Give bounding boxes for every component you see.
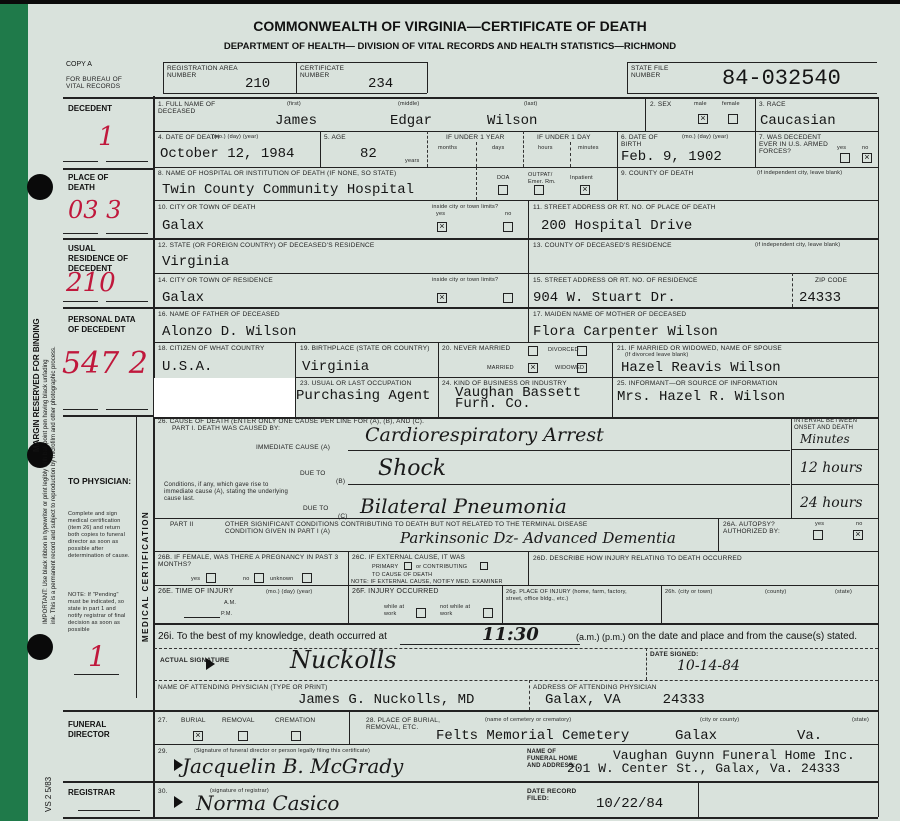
race-label: 3. RACE — [759, 101, 786, 108]
residence-street: 904 W. Stuart Dr. — [533, 290, 676, 306]
doa-label: DOA — [497, 175, 510, 182]
months-label: months — [438, 145, 457, 152]
last-name: Wilson — [487, 113, 537, 129]
section-personal-data: PERSONAL DATA OF DECEDENT — [68, 315, 138, 335]
state-file-label: STATE FILE NUMBER — [631, 65, 681, 79]
age-value: 82 — [360, 146, 377, 162]
residence-county-label: 13. COUNTY OF DECEASED'S RESIDENCE — [533, 242, 672, 249]
interval-label: INTERVAL BETWEEN ONSET AND DEATH — [794, 418, 878, 432]
punch-hole — [27, 174, 53, 200]
cemetery-city-note: (city or county) — [700, 717, 739, 724]
primary-label: PRIMARY — [372, 564, 398, 571]
due-to-b-label: DUE TO — [300, 470, 326, 477]
date-signed: 10-14-84 — [677, 658, 740, 674]
cemetery-state: Va. — [797, 728, 822, 744]
funeral-home-address: 201 W. Center St., Galax, Va. 24333 — [567, 761, 840, 776]
physician-signature[interactable]: Nuckolls — [290, 646, 397, 674]
zip-label: ZIP CODE — [815, 277, 847, 284]
never-married-label: 20. NEVER MARRIED — [442, 345, 510, 352]
describe-injury-label: 26d. DESCRIBE HOW INJURY RELATING TO DEA… — [533, 555, 742, 562]
section-place-of-death: PLACE OF DEATH — [68, 173, 128, 193]
autopsy-yes-checkbox[interactable] — [813, 530, 823, 540]
hours-label: hours — [538, 145, 553, 152]
birthplace-value: Virginia — [302, 359, 369, 375]
days-label: days — [492, 145, 504, 152]
b-label: (B) — [336, 478, 345, 485]
part2-label: PART II — [170, 521, 193, 528]
physician-address-label: ADDRESS OF ATTENDING PHYSICIAN — [533, 684, 657, 691]
outpat-checkbox[interactable] — [534, 185, 544, 195]
date-filed-label: DATE RECORD FILED: — [527, 788, 587, 802]
inside-limits-label: inside city or town limits? — [432, 204, 498, 211]
redacted-social-security — [154, 378, 295, 417]
cemetery-state-note: (state) — [852, 717, 869, 724]
inpatient-label: Inpatient — [570, 175, 593, 182]
date-parts-label: (mo.) (day) (year) — [212, 134, 258, 141]
interval-c: 24 hours — [800, 495, 863, 511]
burial-label: BURIAL — [181, 717, 206, 724]
residence-inside-limits-label: inside city or town limits? — [432, 277, 498, 284]
due-to-c-label: DUE TO — [303, 505, 329, 512]
coding-mark-decedent: 1 — [98, 122, 115, 152]
informant-label: 25. INFORMANT—OR SOURCE OF INFORMATION — [617, 380, 778, 387]
time-of-injury-label: 26e. TIME OF INJURY — [158, 588, 234, 595]
occupation-label: 23. USUAL OR LAST OCCUPATION — [300, 380, 412, 387]
section-decedent: DECEDENT — [68, 104, 112, 114]
state-of-injury-label: (state) — [835, 589, 852, 596]
residence-inside-no-checkbox[interactable] — [503, 293, 513, 303]
director-signature[interactable]: Jacquelin B. McGrady — [182, 754, 403, 778]
first-name: James — [275, 113, 317, 129]
outpat-label: OUTPAT/ Emer. Rm. — [528, 172, 558, 186]
city-of-death-label: 10. CITY OR TOWN OF DEATH — [158, 204, 256, 211]
signature-arrow-icon — [206, 658, 215, 670]
married-checkbox[interactable]: × — [528, 363, 538, 373]
middle-name: Edgar — [390, 113, 432, 129]
spouse-note: (If divorced leave blank) — [625, 352, 688, 359]
conditions-note: Conditions, if any, which gave rise to i… — [164, 482, 294, 503]
cause-b: Shock — [378, 456, 446, 481]
spouse-name: Hazel Reavis Wilson — [621, 360, 781, 376]
pm-label: P.M. — [221, 611, 232, 618]
last-label: (last) — [524, 101, 537, 108]
birthplace-label: 19. BIRTHPLACE (state or country) — [300, 345, 430, 352]
burial-checkbox[interactable]: × — [193, 731, 203, 741]
injury-occurred-label: 26f. INJURY OCCURRED — [352, 588, 439, 595]
never-married-checkbox[interactable] — [528, 346, 538, 356]
coding-mark-place: 03 3 — [68, 196, 121, 224]
time-parts-label: (mo.) (day) (year) — [266, 589, 312, 596]
disposition-number: 27. — [158, 717, 168, 724]
date-signed-label: DATE SIGNED: — [650, 651, 699, 658]
state-file-number: 84-032540 — [722, 66, 841, 91]
residence-state: Virginia — [162, 254, 229, 270]
certification-tail: on the date and place and from the cause… — [628, 631, 857, 642]
county-of-death-note: (if independent city, leave blank) — [757, 170, 842, 177]
widowed-checkbox[interactable] — [577, 363, 587, 373]
inside-yes-label: yes — [436, 211, 445, 218]
residence-city-label: 14. CITY OR TOWN OF RESIDENCE — [158, 277, 273, 284]
not-while-work-checkbox[interactable] — [483, 608, 493, 618]
am-pm-label: (a.m.) (p.m.) — [576, 632, 626, 642]
married-label: MARRIED — [487, 365, 514, 372]
sex-female-label: female — [722, 101, 740, 108]
hospital-label: 8. NAME OF HOSPITAL OR INSTITUTION OF DE… — [158, 170, 396, 177]
sex-male-label: male — [694, 101, 707, 108]
county-of-death-label: 9. COUNTY OF DEATH — [621, 170, 693, 177]
age-unit: years — [405, 158, 419, 165]
armed-forces-label: 7. WAS DECEDENT EVER IN U.S. ARMED FORCE… — [759, 134, 829, 155]
under-1-day-label: IF UNDER 1 DAY — [537, 134, 591, 141]
place-of-burial-label: 28. PLACE OF BURIAL, REMOVAL, ETC. — [366, 717, 441, 731]
citizen-label: 18. CITIZEN OF WHAT COUNTRY — [158, 345, 265, 352]
green-binding-strip — [0, 4, 28, 821]
actual-signature-label: ACTUAL SIGNATURE — [160, 657, 229, 664]
cemetery-name: Felts Memorial Cemetery — [436, 728, 629, 744]
physician-instructions: Complete and sign medical certification … — [68, 511, 130, 560]
minutes-label: minutes — [578, 145, 599, 152]
divorced-checkbox[interactable] — [577, 346, 587, 356]
father-name: Alonzo D. Wilson — [162, 324, 296, 340]
copy-label: COPY A — [66, 60, 92, 70]
certification-text: 26i. To the best of my knowledge, death … — [158, 631, 387, 642]
cremation-label: CREMATION — [275, 717, 315, 724]
certificate-number-label: CERTIFICATE NUMBER — [300, 65, 370, 79]
certificate-number: 234 — [368, 76, 393, 92]
informant-value: Mrs. Hazel R. Wilson — [617, 389, 785, 405]
external-cause-label: 26c. IF EXTERNAL CAUSE, IT WAS — [352, 554, 465, 561]
armed-yes-label: yes — [837, 145, 846, 152]
doa-checkbox[interactable] — [498, 185, 508, 195]
armed-no-checkbox[interactable]: × — [862, 153, 872, 163]
residence-city: Galax — [162, 290, 204, 306]
certificate-subtitle: DEPARTMENT OF HEALTH— DIVISION OF VITAL … — [0, 41, 900, 52]
coding-mark-residence: 210 — [66, 268, 116, 298]
preg-yes-checkbox[interactable] — [206, 573, 216, 583]
occupation-value: Purchasing Agent — [296, 388, 430, 404]
age-label: 5. AGE — [324, 134, 346, 141]
am-label: A.M. — [224, 600, 236, 607]
part1-label: PART I. DEATH WAS CAUSED BY: — [172, 425, 280, 432]
certificate-title: COMMONWEALTH OF VIRGINIA—CERTIFICATE OF … — [0, 18, 900, 34]
autopsy-no-checkbox[interactable]: × — [853, 530, 863, 540]
cremation-checkbox[interactable] — [291, 731, 301, 741]
registrar-signature[interactable]: Norma Casico — [196, 791, 339, 815]
margin-important-2: ink. This is a permanent record and subj… — [51, 346, 57, 624]
physician-name: James G. Nuckolls, MD — [298, 692, 474, 708]
date-of-death-label: 4. DATE OF DEATH — [158, 134, 219, 141]
death-inside-yes-checkbox[interactable]: × — [437, 222, 447, 232]
part2-value: Parkinsonic Dz- Advanced Dementia — [400, 529, 676, 547]
margin-important-1: IMPORTANT: Use black ribbon in typewrite… — [43, 359, 49, 624]
preg-unknown-label: unknown — [270, 576, 293, 583]
physician-address: Galax, VA 24333 — [545, 692, 705, 708]
section-medical-certification: MEDICAL CERTIFICATION — [141, 511, 150, 642]
punch-hole — [27, 634, 53, 660]
street-of-death-label: 11. STREET ADDRESS OR RT. NO. OF PLACE O… — [533, 204, 716, 211]
dob-label: 6. DATE OF BIRTH — [621, 134, 666, 148]
signature-arrow-icon — [174, 796, 183, 808]
mother-name: Flora Carpenter Wilson — [533, 324, 718, 340]
interval-b: 12 hours — [800, 460, 863, 476]
to-cause-label: TO CAUSE OF DEATH — [372, 572, 432, 579]
coding-mark-personal: 547 2 — [62, 346, 148, 381]
street-of-death: 200 Hospital Drive — [541, 218, 692, 234]
death-inside-no-checkbox[interactable] — [503, 222, 513, 232]
spouse-label: 21. IF MARRIED OR WIDOWED, NAME OF SPOUS… — [617, 345, 782, 352]
armed-yes-checkbox[interactable] — [840, 153, 850, 163]
form-code: VS 2 5/83 — [44, 777, 53, 812]
preg-yes-label: yes — [191, 576, 200, 583]
hospital-name: Twin County Community Hospital — [162, 182, 414, 198]
city-of-injury-label: 26h. (city or town) — [665, 589, 713, 596]
first-label: (first) — [287, 101, 301, 108]
mother-label: 17. MAIDEN NAME OF MOTHER OF DECEASED — [533, 311, 686, 318]
director-signature-number: 29. — [158, 748, 168, 755]
contributing-label: or CONTRIBUTING — [416, 564, 467, 571]
removal-label: REMOVAL — [222, 717, 255, 724]
removal-checkbox[interactable] — [238, 731, 248, 741]
inpatient-checkbox[interactable]: × — [580, 185, 590, 195]
preg-no-checkbox[interactable] — [254, 573, 264, 583]
county-of-injury-label: (county) — [765, 589, 786, 596]
divorced-label: DIVORCED — [548, 347, 579, 354]
section-to-physician: TO PHYSICIAN: — [68, 476, 133, 486]
preg-no-label: no — [243, 576, 250, 583]
name-label: 1. FULL NAME OF DECEASED — [158, 101, 238, 115]
city-of-death: Galax — [162, 218, 204, 234]
sex-male-checkbox[interactable]: × — [698, 114, 708, 124]
registrar-number: 30. — [158, 788, 168, 795]
immediate-cause-label: IMMEDIATE CAUSE (A) — [256, 444, 330, 451]
interval-a: Minutes — [800, 432, 850, 446]
date-filed: 10/22/84 — [596, 796, 663, 812]
residence-zip: 24333 — [799, 290, 841, 306]
autopsy-label: 26a. AUTOPSY? AUTHORIZED BY: — [723, 521, 783, 535]
while-work-checkbox[interactable] — [416, 608, 426, 618]
middle-label: (middle) — [398, 101, 419, 108]
residence-state-label: 12. STATE (OR FOREIGN COUNTRY) OF DECEAS… — [158, 242, 374, 249]
autopsy-yes-label: yes — [815, 521, 824, 528]
primary-checkbox[interactable] — [404, 562, 412, 570]
residence-inside-yes-checkbox[interactable]: × — [437, 293, 447, 303]
citizen-value: U.S.A. — [162, 359, 212, 375]
date-of-death: October 12, 1984 — [160, 146, 294, 162]
coding-mark-physician: 1 — [88, 640, 106, 673]
section-funeral-director: FUNERAL DIRECTOR — [68, 720, 138, 740]
registration-area-number: 210 — [245, 76, 270, 92]
sex-label: 2. SEX — [650, 101, 671, 108]
autopsy-no-label: no — [856, 521, 863, 528]
cemetery-note: (name of cemetery or crematory) — [485, 717, 571, 724]
residence-street-label: 15. STREET ADDRESS OR RT. NO. OF RESIDEN… — [533, 277, 698, 284]
section-registrar: REGISTRAR — [68, 788, 115, 798]
not-while-work-label: not while at work — [440, 604, 476, 618]
cemetery-city: Galax — [675, 728, 717, 744]
residence-county-note: (if independent city, leave blank) — [755, 242, 840, 249]
date-of-birth: Feb. 9, 1902 — [621, 149, 722, 165]
race-value: Caucasian — [760, 113, 836, 129]
cause-a: Cardiorespiratory Arrest — [365, 424, 604, 446]
business-value-2: Furn. Co. — [455, 398, 531, 410]
copy-for: FOR BUREAU OF VITAL RECORDS — [66, 76, 136, 90]
time-of-death: 11:30 — [482, 624, 539, 645]
place-of-injury-label: 26g. PLACE OF INJURY (home, farm, factor… — [506, 589, 636, 603]
contributing-checkbox[interactable] — [480, 562, 488, 570]
registration-area-label: REGISTRATION AREA NUMBER — [167, 65, 247, 79]
inside-no-label: no — [505, 211, 512, 218]
death-certificate: MARGIN RESERVED FOR BINDING IMPORTANT: U… — [0, 4, 900, 821]
while-work-label: while at work — [384, 604, 414, 618]
armed-no-label: no — [862, 145, 869, 152]
pending-note: NOTE: If "Pending" must be indicated, so… — [68, 592, 130, 634]
father-label: 16. NAME OF FATHER OF DECEASED — [158, 311, 280, 318]
margin-binding-text: MARGIN RESERVED FOR BINDING — [32, 318, 41, 452]
under-1-year-label: IF UNDER 1 YEAR — [446, 134, 505, 141]
physician-name-label: NAME OF ATTENDING PHYSICIAN (Type or Pri… — [158, 684, 328, 691]
cause-c: Bilateral Pneumonia — [360, 494, 567, 518]
preg-unknown-checkbox[interactable] — [302, 573, 312, 583]
dob-parts-label: (mo.) (day) (year) — [682, 134, 728, 141]
sex-female-checkbox[interactable] — [728, 114, 738, 124]
pregnancy-label: 26b. IF FEMALE, WAS THERE A PREGNANCY IN… — [158, 554, 348, 568]
